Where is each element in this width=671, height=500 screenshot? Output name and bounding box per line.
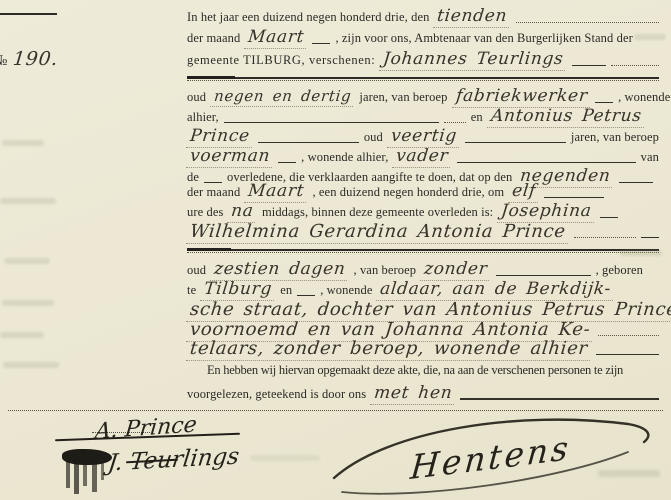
handwritten-age-2: veertig [387,126,461,148]
witness-signature-1: A. Prince [94,412,198,444]
solid-fill-line [224,121,439,123]
act-line-2: der maand Maart , zijn voor ons, Ambtena… [187,27,659,48]
act-number: № 190. [0,48,59,70]
printed-text: gemeente TILBURG, verschenen: [187,53,375,68]
dash-fill [641,236,659,238]
printed-text: oud [187,263,206,278]
act-line-3: gemeente TILBURG, verschenen: Johannes T… [187,49,659,70]
dash-fill [572,64,606,66]
handwritten-relation: vader [392,146,453,168]
handwritten-signed-with: met hen [370,383,457,405]
solid-fill-line [460,397,659,400]
dash-fill [600,216,618,218]
printed-text: ure des [187,205,223,220]
handwritten-occupation-2: voerman [186,146,274,168]
section-rule [187,77,659,79]
act-line-6: Prince oud veertig jaren, van beroep [187,126,659,147]
ink-blot-drip [66,462,70,488]
margin-rule-fragment [0,13,57,15]
handwritten-birthplace: Tilburg [200,279,276,301]
dash-fill [312,42,330,44]
act-line-4: oud negen en dertig jaren, van beroep fa… [187,86,659,107]
handwritten-declarant2-name: Antonius Petrus [487,106,646,128]
handwritten-daypart: na [227,201,258,223]
section-rule-2-dotted [187,252,659,253]
act-line-5: alhier, en Antonius Petrus [187,106,659,127]
act-line-9: der maand Maart , een duizend negen hond… [187,181,659,202]
printed-text: en [280,283,292,298]
dotted-fill-line [598,334,659,336]
bleedthrough-mark [250,455,320,461]
printed-text: In het jaar een duizend negen honderd dr… [187,10,429,25]
dotted-fill-line [611,64,659,66]
section-rule-dotted [187,80,659,81]
bleedthrough-mark [4,258,50,264]
bleedthrough-mark [634,34,666,40]
dash-fill [278,161,296,163]
solid-fill-line [457,161,636,163]
handwritten-deceased-age: zestien dagen [210,259,350,281]
handwritten-occupation-1: fabriekwerker [451,86,591,108]
printed-text: , zijn voor ons, Ambtenaar van den Burge… [335,31,632,46]
printed-text: En hebben wij hiervan opgemaakt deze akt… [207,363,623,378]
printed-text: der maand [187,31,240,46]
ink-blot-drip [74,462,79,494]
solid-fill-line [596,353,659,355]
act-line-12: oud zestien dagen , van beroep zonder , … [187,259,659,280]
handwritten-month: Maart [244,27,308,49]
printed-text: alhier, [187,110,219,125]
closing-line-1: En hebben wij hiervan opgemaakt deze akt… [187,363,659,384]
printed-text: , van beroep [354,263,417,278]
printed-text: oud [187,90,206,105]
death-certificate-scan: { "colors": { "paper": "#ebe7d2", "print… [0,0,671,500]
printed-text: jaren, van beroep [359,90,447,105]
handwritten-age-1: negen en dertig [210,87,355,107]
act-line-13: te Tilburg en , wonende aldaar, aan de B… [187,279,659,300]
bleedthrough-mark [598,470,660,477]
section-rule-2-heavy-start [187,248,231,251]
printed-text: middags, binnen deze gemeente overleden … [262,205,493,220]
dash-fill [595,101,613,103]
handwritten-deceased-firstname: Josephina [497,201,596,223]
bleedthrough-mark [620,250,662,256]
act-line-16: telaars, zonder beroep, wonende alhier [187,338,659,359]
bleedthrough-mark [0,332,44,338]
handwritten-residence: aldaar, aan de Berkdijk- [376,279,615,301]
handwritten-deceased-names: Wilhelmina Gerardina Antonia Prince [186,221,570,244]
dotted-fill-line [516,21,659,23]
handwritten-parents-3: telaars, zonder beroep, wonende alhier [186,338,592,361]
printed-text: , wonende [618,90,670,105]
handwritten-hour: elf [508,181,540,203]
numero-symbol: № [0,53,7,70]
printed-text: der maand [187,185,240,200]
dash-fill [297,294,315,296]
printed-text: te [187,283,196,298]
printed-text: oud [364,130,383,145]
printed-text: van [641,150,659,165]
handwritten-declarant-name: Johannes Teurlings [379,49,568,71]
act-number-value: 190. [12,48,59,70]
handwritten-surname: Prince [186,126,254,148]
solid-fill-line [258,141,359,143]
printed-text: , wonende [320,283,372,298]
ink-blot-drip [83,462,87,486]
closing-line-2: voorgelezen, geteekend is door ons met h… [187,383,659,404]
act-line-11: Wilhelmina Gerardina Antonia Prince [187,221,659,242]
printed-text: , geboren [596,263,643,278]
dotted-fill-line [574,236,636,238]
section-rule-heavy-start [187,76,235,79]
printed-text: voorgelezen, geteekend is door ons [187,387,366,402]
handwritten-day: tienden [433,6,511,28]
dotted-fill-line [444,121,466,123]
act-line-15: voornoemd en van Johanna Antonia Ke- [187,319,659,340]
dash-fill [544,196,604,198]
printed-text: jaren, van beroep [571,130,659,145]
solid-fill-line [465,141,566,143]
bleedthrough-mark [3,362,59,368]
bleedthrough-mark [2,300,54,306]
act-line-1: In het jaar een duizend negen honderd dr… [187,6,659,27]
handwritten-deceased-occupation: zonder [420,259,492,281]
ink-blot-drip [101,462,104,480]
act-line-7: voerman , wonende alhier, vader van [187,146,659,167]
printed-text: , wonende alhier, [301,150,388,165]
printed-text: en [471,110,483,125]
act-line-14: sche straat, dochter van Antonius Petrus… [187,299,659,320]
handwritten-death-month: Maart [244,181,308,203]
section-rule-2 [187,249,659,251]
act-line-10: ure des na middags, binnen deze gemeente… [187,201,659,222]
printed-text: , een duizend negen honderd drie, om [312,185,504,200]
ink-blot-drip [92,462,97,492]
solid-fill-line [496,274,591,276]
bleedthrough-mark [2,140,44,146]
bleedthrough-mark [0,198,56,204]
